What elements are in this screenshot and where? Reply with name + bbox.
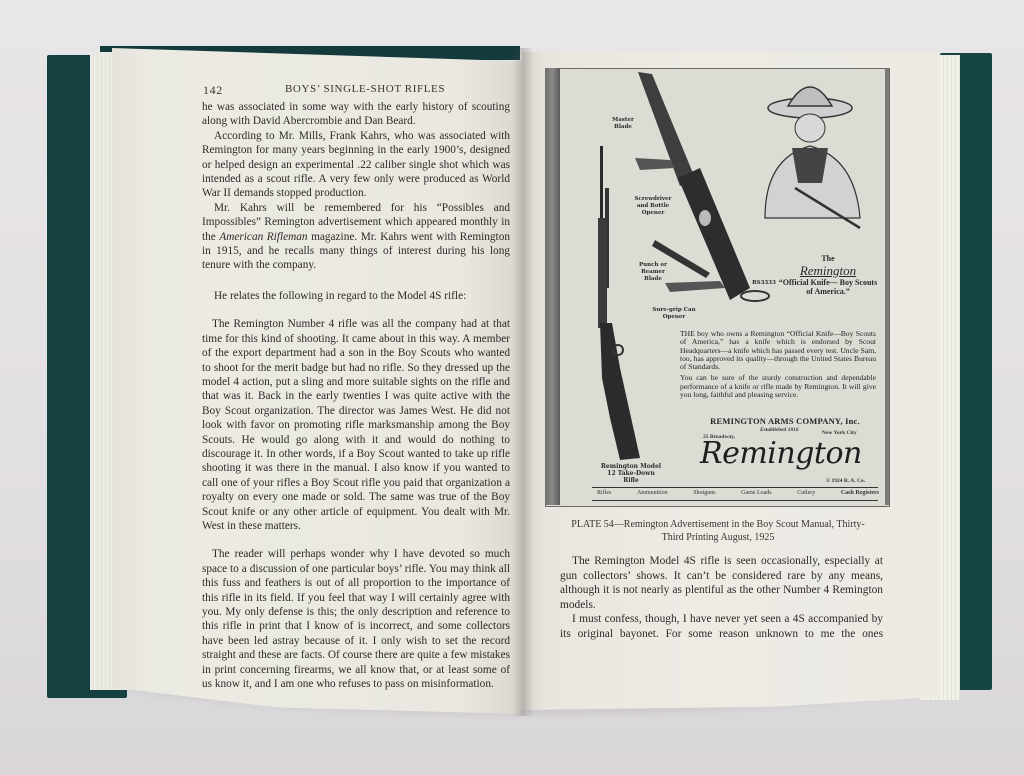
- paragraph: he was associated in some way with the e…: [202, 100, 510, 129]
- category-item: Cash Registers: [841, 490, 879, 496]
- paragraph: The reader will perhaps wonder why I hav…: [202, 547, 510, 691]
- right-page-body: The Remington Model 4S rifle is seen occ…: [560, 554, 883, 641]
- category-bar: Rifles Ammunition Shotguns Game Loads Cu…: [597, 490, 879, 496]
- book-gutter: [512, 48, 534, 716]
- label-punch-blade: Punch or Reamer Blade: [636, 262, 670, 283]
- divider: [592, 500, 878, 501]
- category-item: Ammunition: [637, 490, 668, 496]
- category-item: Cutlery: [797, 490, 815, 496]
- quoted-paragraph: The Remington Number 4 rifle was all the…: [202, 317, 510, 533]
- paragraph: Mr. Kahrs will be remembered for his “Po…: [202, 201, 510, 273]
- category-item: Shotguns: [693, 490, 715, 496]
- paragraph: According to Mr. Mills, Frank Kahrs, who…: [202, 129, 510, 201]
- running-head-title: BOYS’ SINGLE-SHOT RIFLES: [285, 83, 445, 95]
- label-rifle: Remington Model 12 Take-Down Rifle: [600, 463, 662, 484]
- plate-caption: PLATE 54—Remington Advertisement in the …: [563, 518, 873, 544]
- company-name: REMINGTON ARMS COMPANY, Inc.: [700, 416, 870, 426]
- knife-title: The Remington “Official Knife— Boy Scout…: [778, 254, 878, 297]
- label-screwdriver: Screwdriver and Bottle Opener: [633, 196, 673, 217]
- knife-title-brand: Remington: [778, 264, 878, 278]
- boy-scout-icon: [765, 87, 860, 228]
- category-item: Game Loads: [741, 490, 772, 496]
- plate-border-shadow: [545, 68, 560, 505]
- paragraph: I must confess, though, I have never yet…: [560, 612, 883, 641]
- paragraph: He relates the following in regard to th…: [202, 289, 510, 303]
- caption-line: Third Printing August, 1925: [563, 531, 873, 544]
- ad-copy: THE boy who owns a Remington “Official K…: [680, 330, 876, 402]
- knife-title-the: The: [821, 254, 834, 263]
- magazine-title: American Rifleman: [219, 231, 307, 243]
- label-model-number: RS3333: [749, 280, 779, 287]
- page-number: 142: [203, 83, 223, 98]
- remington-logo: Remington: [700, 436, 860, 471]
- established: Established 1816: [760, 427, 799, 433]
- copyright: © 1924 R. A. Co.: [826, 478, 865, 484]
- label-can-opener: Sure-grip Can Opener: [650, 307, 698, 321]
- ad-paragraph: You can be sure of the sturdy constructi…: [680, 374, 876, 399]
- rifle-icon: [598, 146, 640, 460]
- ad-paragraph: THE boy who owns a Remington “Official K…: [680, 330, 876, 371]
- knife-title-subtitle: “Official Knife— Boy Scouts of America.”: [779, 278, 877, 297]
- divider: [592, 487, 878, 488]
- label-master-blade: Master Blade: [605, 117, 641, 131]
- paragraph: The Remington Model 4S rifle is seen occ…: [560, 554, 883, 612]
- left-page-body: he was associated in some way with the e…: [202, 100, 510, 691]
- category-item: Rifles: [597, 490, 611, 496]
- caption-line: PLATE 54—Remington Advertisement in the …: [563, 518, 873, 531]
